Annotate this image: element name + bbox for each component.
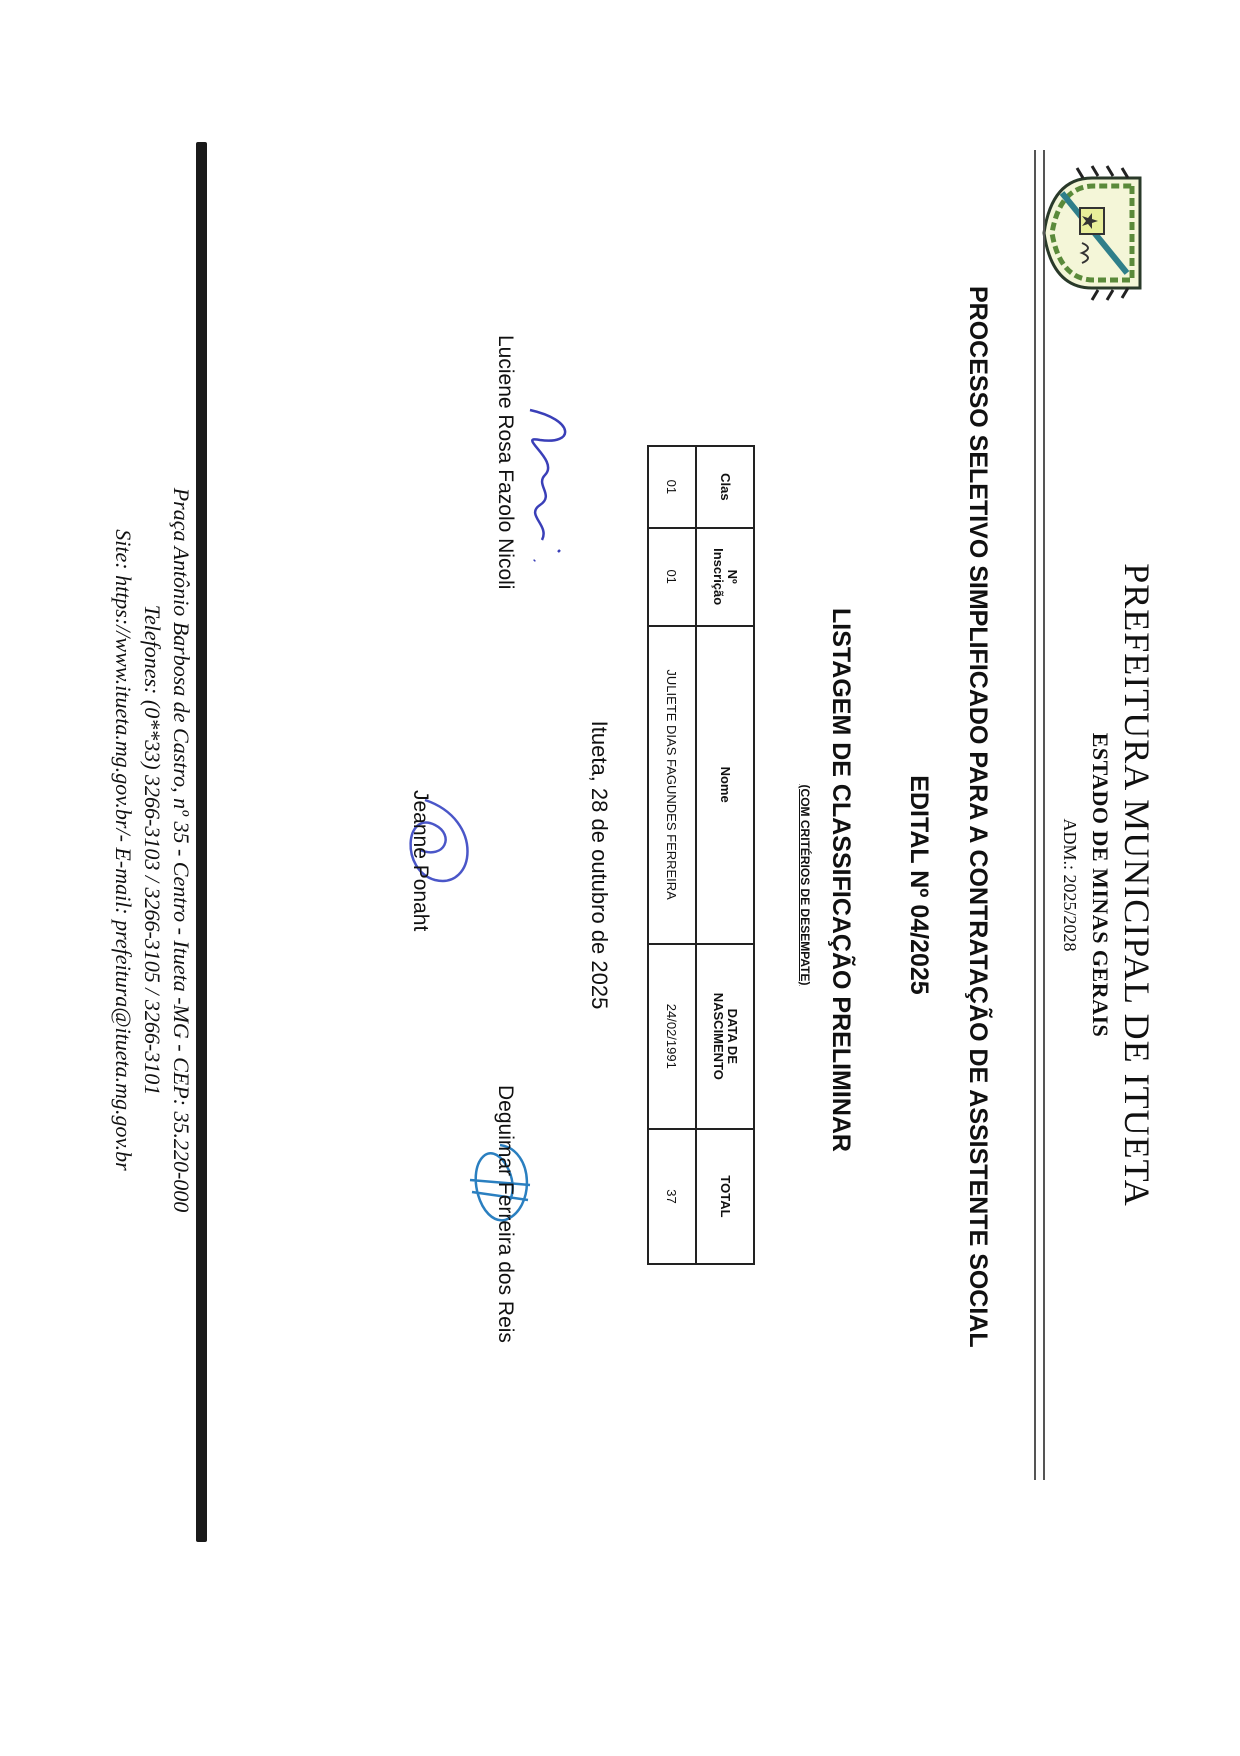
col-inscricao-label: Nº Inscrição bbox=[711, 542, 739, 612]
col-inscricao: Nº Inscrição bbox=[696, 528, 754, 626]
signatory-name-1: Luciene Rosa Fazolo Nicoli bbox=[493, 335, 517, 589]
listing-title: LISTAGEM DE CLASSIFICAÇÃO PRELIMINAR bbox=[826, 565, 855, 1195]
administration-term: ADM.: 2025/2028 bbox=[1059, 560, 1080, 1210]
col-clas: Clas bbox=[696, 446, 754, 528]
footer-address: Praça Antônio Barbosa de Castro, nº 35 -… bbox=[168, 150, 194, 1550]
cell-clas: 01 bbox=[648, 446, 696, 528]
state-name: ESTADO DE MINAS GERAIS bbox=[1087, 560, 1113, 1210]
rotated-page: PREFEITURA MUNICIPAL DE ITUETA ESTADO DE… bbox=[0, 0, 1240, 1756]
cell-total: 37 bbox=[648, 1129, 696, 1264]
col-nome: Nome bbox=[696, 626, 754, 944]
signature-scribble-jeanne bbox=[395, 790, 475, 900]
process-title: PROCESSO SELETIVO SIMPLIFICADO PARA A CO… bbox=[963, 286, 992, 1486]
table-header-row: Clas Nº Inscrição Nome DATA DE NASCIMENT… bbox=[696, 446, 754, 1264]
col-nascimento: DATA DE NASCIMENTO bbox=[696, 944, 754, 1129]
col-total: TOTAL bbox=[696, 1129, 754, 1264]
footer-site-email: Site: https://www.itueta.mg.gov.br/- E-m… bbox=[110, 150, 136, 1550]
footer-phones: Telefones: (0**33) 3266-3103 / 3266-3105… bbox=[139, 150, 165, 1550]
signature-scribble-luciene bbox=[510, 400, 580, 580]
cell-nascimento: 24/02/1991 bbox=[648, 944, 696, 1129]
col-nascimento-label: DATA DE NASCIMENTO bbox=[711, 986, 739, 1086]
edital-number: EDITAL Nº 04/2025 bbox=[904, 750, 933, 1020]
listing-subtitle: (COM CRITÉRIOS DE DESEMPATE) bbox=[798, 770, 812, 1000]
coat-of-arms-icon bbox=[1040, 158, 1152, 308]
municipality-title: PREFEITURA MUNICIPAL DE ITUETA bbox=[1116, 560, 1158, 1210]
place-date: Itueta, 28 de outubro de 2025 bbox=[586, 700, 612, 1030]
header-divider bbox=[1034, 150, 1045, 1480]
signatory-name-2: Jeanne Ponaht bbox=[408, 790, 432, 931]
table-row: 01 01 JULIETE DIAS FAGUNDES FERREIRA 24/… bbox=[648, 446, 696, 1264]
classification-table: Clas Nº Inscrição Nome DATA DE NASCIMENT… bbox=[647, 445, 755, 1265]
cell-nome: JULIETE DIAS FAGUNDES FERREIRA bbox=[648, 626, 696, 944]
footer-divider bbox=[196, 142, 207, 1542]
cell-inscricao: 01 bbox=[648, 528, 696, 626]
signatory-name-3: Deguimar Ferreira dos Reis bbox=[493, 1085, 517, 1343]
